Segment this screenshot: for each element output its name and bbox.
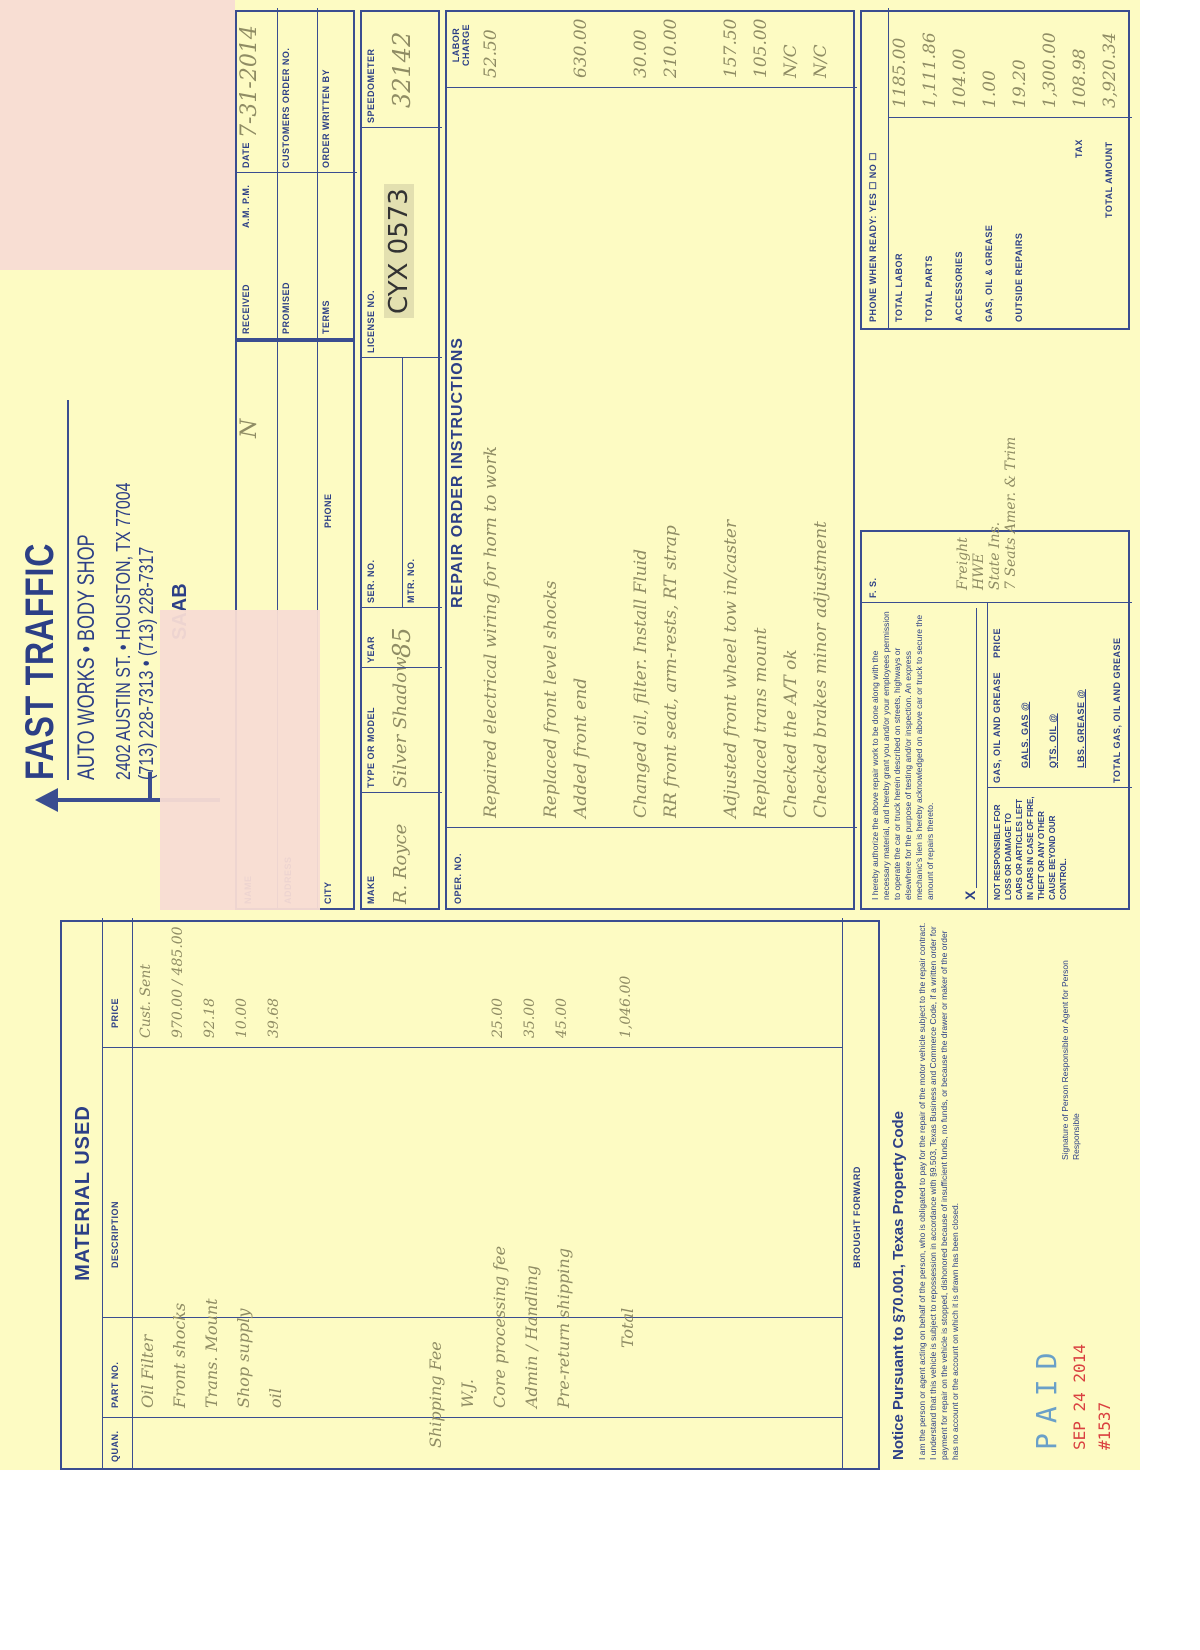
material-desc: W.J. [458,1379,477,1408]
repair-charge: 157.50 [721,19,741,78]
tax-value: 108.98 [1070,49,1090,108]
company-phones: (713) 228-7313 • (713) 228-7317 [136,396,159,780]
material-desc: Shipping Fee [426,1341,445,1448]
license-value: CYX 0573 [384,184,414,318]
total-label: TOTAL LABOR [894,253,904,322]
phone-ready-label: PHONE WHEN READY: YES ☐ NO ☐ [868,152,879,322]
material-price: Cust. Sent [138,964,154,1038]
ser-label: SER. NO. [366,559,376,603]
model-label: TYPE OR MODEL [366,707,376,788]
header-grid: RECEIVED A.M. P.M. DATE 7-31-2014 PROMIS… [235,10,355,340]
not-responsible-text: NOT RESPONSIBLE FOR LOSS OR DAMAGE TO CA… [992,790,1069,900]
company-address: 2402 AUSTIN ST. • HOUSTON, TX 77004 [113,396,136,780]
material-price: 39.68 [266,998,282,1038]
repair-line: Added front end [571,678,591,818]
repair-line: Repaired electrical wiring for horn to w… [481,446,501,818]
date-label: DATE [241,142,251,168]
material-desc: Front shocks [170,1303,189,1408]
terms-label: TERMS [321,300,331,334]
material-price-label: PRICE [110,998,120,1028]
material-desc: Admin / Handling [522,1265,541,1408]
total-label: ACCESSORIES [954,251,964,322]
receipt-number: #1537 [1095,1402,1114,1450]
total-label: TOTAL PARTS [924,255,934,322]
labor-label: LABOR CHARGE [451,12,471,78]
saab-logo: SAAB [169,300,192,640]
oper-label: OPER. NO. [453,853,463,904]
year-value: 85 [388,627,416,658]
company-tagline: AUTO WORKS • BODY SHOP [73,420,101,780]
city-label: CITY [323,881,333,904]
part-label: PART NO. [110,1362,120,1408]
brought-forward-label: BROUGHT FORWARD [852,1166,862,1268]
gas-row: QTS. OIL @ [1048,713,1058,768]
repair-charge: N/C [781,44,801,78]
material-price: 10.00 [234,998,250,1038]
fs-notes: Freight HWE State Ins. 7 Seats Amer. & T… [955,340,1019,590]
fs-note: 7 Seats Amer. & Trim [1003,340,1019,590]
total-value: 1185.00 [890,38,910,108]
total-value: 1,300.00 [1040,32,1060,108]
material-price: 25.00 [490,998,506,1038]
material-price: 970.00 / 485.00 [170,926,186,1038]
signature-caption: Signature of Person Responsible or Agent… [1060,960,1082,1160]
notice-text: I am the person or agent acting on behal… [917,920,961,1460]
total-value: 19.20 [1010,59,1030,108]
repair-charge: 630.00 [571,19,591,78]
material-desc: oil [266,1388,285,1408]
fs-note: HWE [971,340,987,590]
material-desc: Pre-return shipping [554,1248,573,1408]
description-label: DESCRIPTION [110,1201,120,1268]
repair-line: Replaced trans mount [751,628,771,818]
received-label: RECEIVED [241,284,251,334]
gas-total-label: TOTAL GAS, OIL AND GREASE [1112,637,1122,783]
fs-note: Freight [955,340,971,590]
total-value: 104.00 [950,49,970,108]
repair-line: Checked brakes minor adjustment [811,521,831,818]
customer-order-label: CUSTOMERS ORDER NO. [281,48,291,168]
material-used-table: MATERIAL USED QUAN. PART NO. DESCRIPTION… [60,920,880,1470]
repair-charge: N/C [811,44,831,78]
tax-label: TAX [1074,139,1084,158]
material-price: 1,046.00 [618,976,634,1038]
paid-date-stamp: SEP 24 2014 [1070,1344,1089,1450]
no-checkbox-label[interactable]: NO [868,164,878,179]
gas-price-label: PRICE [992,628,1002,658]
order-written-label: ORDER WRITTEN BY [321,69,331,168]
speedometer-value: 32142 [388,32,416,108]
license-label: LICENSE NO. [366,290,376,353]
repair-line: Adjusted front wheel tow in/caster [721,520,741,818]
repair-line: Changed oil, filter. Install Fluid [631,549,651,818]
repair-charge: 30.00 [631,29,651,78]
material-desc: Shop supply [234,1309,253,1408]
promised-label: PROMISED [281,282,291,334]
gas-row: LBS. GREASE @ [1076,689,1086,768]
yes-checkbox-label[interactable]: YES [868,193,878,213]
material-desc: Trans. Mount [202,1298,221,1408]
notice-box: Notice Pursuant to §70.001, Texas Proper… [890,920,1130,1460]
quan-label: QUAN. [110,1431,120,1463]
phone-label: PHONE [323,493,333,528]
material-desc: Oil Filter [138,1335,157,1408]
make-value: R. Royce [390,824,411,904]
signature-x: X [962,891,978,900]
fs-label: F. S. [868,577,878,598]
authorization-text: I hereby authorize the above repair work… [870,610,936,900]
redaction-block [160,610,320,910]
mtr-label: MTR. NO. [406,559,416,604]
notice-title: Notice Pursuant to §70.001, Texas Proper… [890,920,907,1460]
total-label: OUTSIDE REPAIRS [1014,233,1024,322]
totals-box: PHONE WHEN READY: YES ☐ NO ☐ TOTAL LABOR… [860,10,1130,330]
fs-note: State Ins. [987,340,1003,590]
company-name: FAST TRAFFIC [18,396,63,780]
repair-title: REPAIR ORDER INSTRUCTIONS [449,337,467,608]
date-value: 7-31-2014 [237,25,262,138]
material-price: 45.00 [554,998,570,1038]
total-value: 1,111.86 [920,32,940,108]
repair-charge: 105.00 [751,19,771,78]
repair-line: Checked the A/T ok [781,649,801,818]
repair-order-form: FAST TRAFFIC AUTO WORKS • BODY SHOP 2402… [0,0,1140,1470]
speedometer-label: SPEEDOMETER [366,48,376,123]
repair-instructions-table: OPER. NO. REPAIR ORDER INSTRUCTIONS LABO… [445,10,855,910]
total-amount-label: TOTAL AMOUNT [1104,141,1114,218]
gas-row: GALS. GAS @ [1020,702,1030,768]
redaction-block [0,0,235,270]
total-label: GAS, OIL & GREASE [984,225,994,322]
model-value: Silver Shadow [390,657,411,788]
material-title: MATERIAL USED [72,918,95,1468]
gas-title: GAS, OIL AND GREASE [992,672,1002,783]
paid-stamp: PAID [1030,1343,1063,1450]
material-price: 35.00 [522,998,538,1038]
name-value: N [237,419,262,438]
total-amount-value: 3,920.34 [1100,32,1120,108]
repair-line: RR front seat, arm-rests, RT strap [661,525,681,818]
material-desc: Core processing fee [490,1246,509,1408]
total-value: 1.00 [980,70,1000,108]
repair-charge: 210.00 [661,19,681,78]
year-label: YEAR [366,636,376,663]
material-price: 92.18 [202,998,218,1038]
am-pm-label: A.M. P.M. [241,185,251,228]
repair-charge: 52.50 [481,29,501,78]
repair-line: Replaced front level shocks [541,581,561,818]
vehicle-grid: MAKE R. Royce TYPE OR MODEL Silver Shado… [360,10,440,910]
material-desc: Total [618,1308,637,1348]
make-label: MAKE [366,876,376,905]
